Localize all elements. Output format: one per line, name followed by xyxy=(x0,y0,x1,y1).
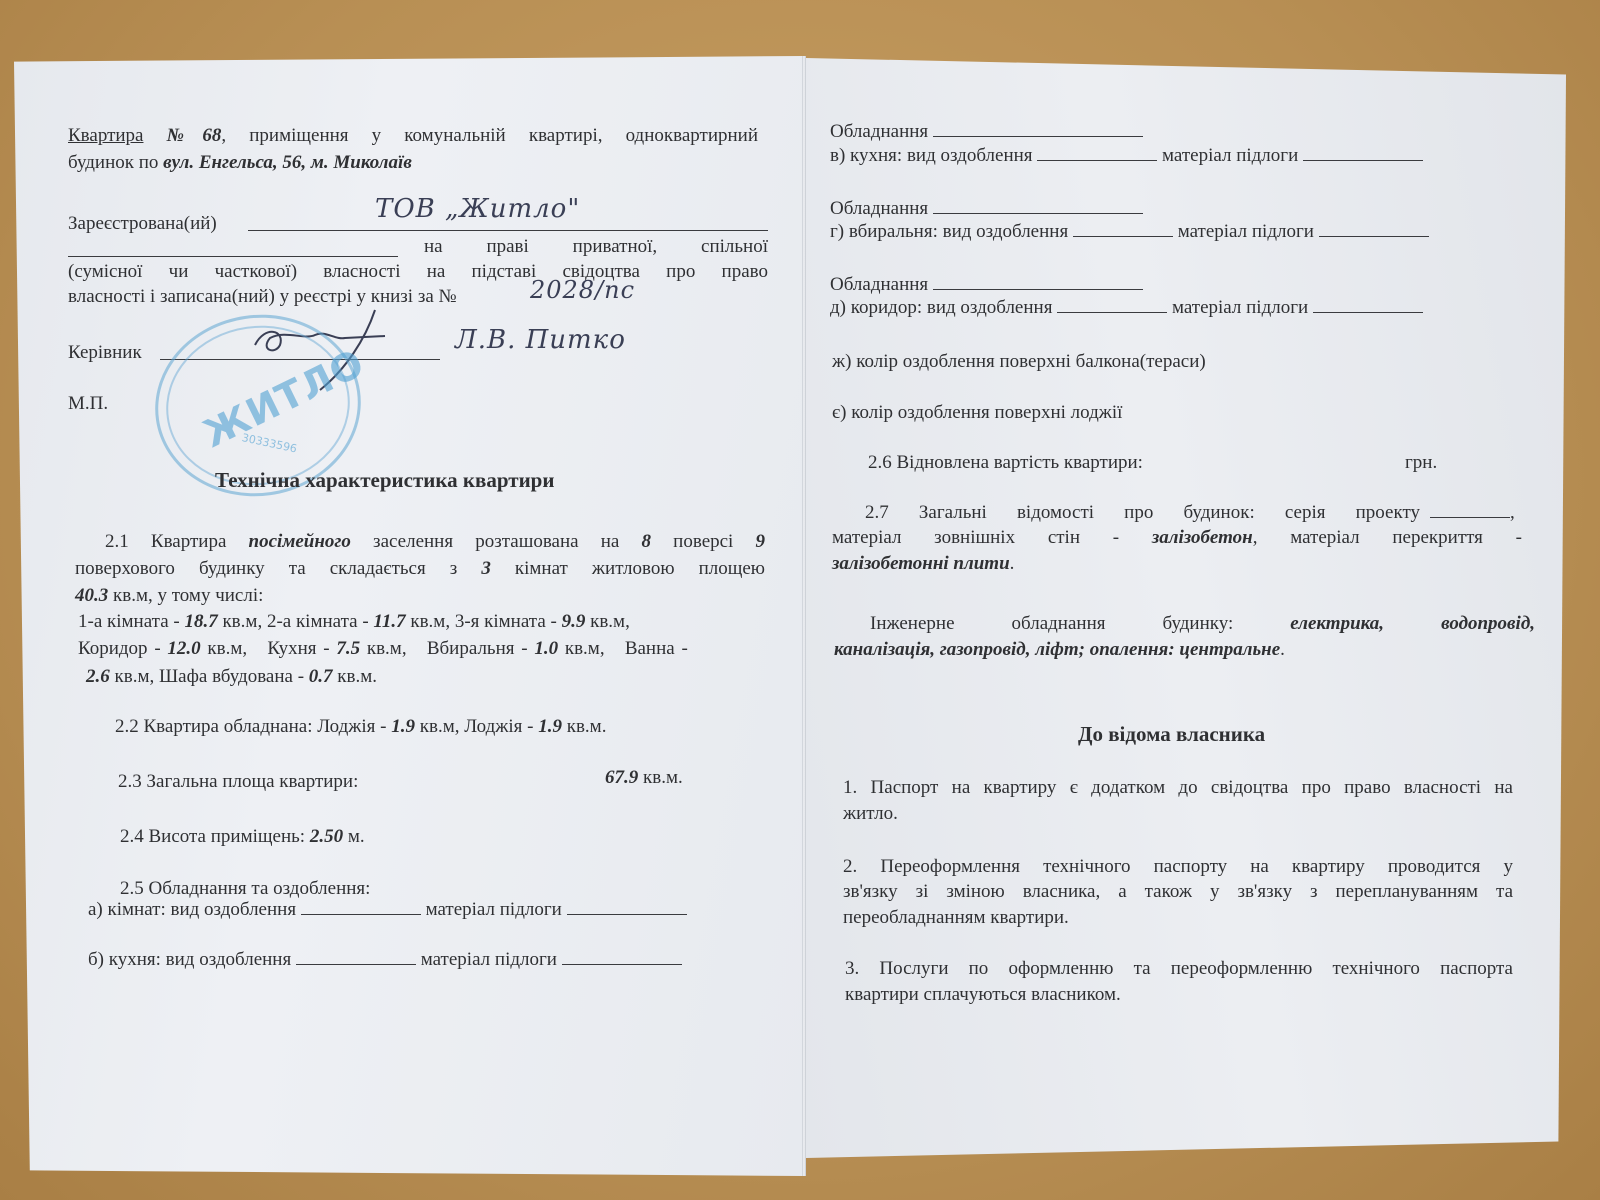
engineering-line-1: Інженерне обладнання будинку: електрика,… xyxy=(870,612,1535,636)
room-area: 2.6 xyxy=(86,666,110,687)
room-name: Ванна xyxy=(625,638,675,659)
notice-3-line-2: квартири сплачуються власником. xyxy=(845,983,1121,1007)
ceiling-material: залізобетонні плити xyxy=(832,553,1010,574)
seal-label: М.П. xyxy=(68,392,108,416)
s22-text: кв.м. xyxy=(562,716,606,737)
s21-text: кімнат житловою площею xyxy=(491,558,765,579)
wall-material: залізобетон xyxy=(1152,527,1253,548)
rooms-line-1: 1-а кімната - 18.7 кв.м, 2-а кімната - 1… xyxy=(78,610,630,634)
s21-text: 2.1 Квартира xyxy=(105,531,249,552)
s22-text: кв.м, Лоджія - xyxy=(415,716,538,737)
total-area-value: 67.9 xyxy=(605,767,638,788)
finish-b-label: б) кухня: вид оздоблення xyxy=(88,949,291,970)
finish-b-blank[interactable] xyxy=(296,948,416,965)
equipment-v: Обладнання xyxy=(830,120,1143,144)
s22-text: 2.2 Квартира обладнана: Лоджія - xyxy=(115,716,391,737)
floor-material-label: матеріал підлоги xyxy=(1172,297,1308,318)
ownership-line-3: (сумісної чи часткової) власності на під… xyxy=(68,260,768,284)
finish-v-label: в) кухня: вид оздоблення xyxy=(830,145,1033,166)
handwritten-registry-number: 2028/пс xyxy=(530,276,635,304)
room-area: 11.7 xyxy=(373,611,405,632)
unit: кв.м xyxy=(337,666,372,687)
rooms-line-2: Коридор - 12.0 кв.м, Кухня - 7.5 кв.м, В… xyxy=(78,637,688,661)
floor-d-blank[interactable] xyxy=(1313,296,1423,313)
loggia-2-area: 1.9 xyxy=(538,716,562,737)
section-2-1-line-2: поверхового будинку та складається з 3 к… xyxy=(75,557,765,581)
notice-1-line-2: житло. xyxy=(843,802,898,826)
floor-v-blank[interactable] xyxy=(1303,144,1423,161)
address: вул. Енгельса, 56, м. Миколаїв xyxy=(163,152,412,173)
apartment-type: , приміщення у комунальній квартирі, одн… xyxy=(221,125,758,146)
ceiling-label: , матеріал перекриття - xyxy=(1253,527,1522,548)
unit: кв.м xyxy=(115,666,150,687)
section-2-3-label: 2.3 Загальна площа квартири: xyxy=(118,770,358,794)
floor-material-label: матеріал підлоги xyxy=(421,949,557,970)
finish-g-label: г) вбиральня: вид оздоблення xyxy=(830,221,1068,242)
room-name: Коридор xyxy=(78,638,148,659)
section-2-2: 2.2 Квартира обладнана: Лоджія - 1.9 кв.… xyxy=(115,715,606,739)
occupancy-type: посімейного xyxy=(249,531,351,552)
finish-b: б) кухня: вид оздоблення матеріал підлог… xyxy=(88,948,682,972)
engineering-values: каналізація, газопровід, ліфт; опалення:… xyxy=(834,639,1280,660)
floor-number: 8 xyxy=(642,531,652,552)
room-count: 3 xyxy=(481,558,491,579)
s21-text: кв.м, у тому числі: xyxy=(108,585,263,606)
engineering-values: електрика, водопровід, xyxy=(1290,613,1535,634)
equipment-label: Обладнання xyxy=(830,274,928,295)
finish-d-label: д) коридор: вид оздоблення xyxy=(830,297,1052,318)
project-series-blank[interactable] xyxy=(1430,501,1510,518)
room-area: 7.5 xyxy=(336,638,360,659)
equipment-d: Обладнання xyxy=(830,273,1143,297)
section-2-1-line-1: 2.1 Квартира посімейного заселення розта… xyxy=(105,530,765,554)
handwritten-owner: ТОВ „Житло" xyxy=(375,194,580,224)
finish-a: а) кімнат: вид оздоблення матеріал підло… xyxy=(88,898,687,922)
loggia-1-area: 1.9 xyxy=(391,716,415,737)
finish-d: д) коридор: вид оздоблення матеріал підл… xyxy=(830,296,1423,320)
finish-a-blank[interactable] xyxy=(301,898,421,915)
section-2-7-line-3: залізобетонні плити. xyxy=(832,552,1014,576)
room-area: 18.7 xyxy=(184,611,217,632)
unit: кв.м xyxy=(207,638,242,659)
apartment-number: №68 xyxy=(167,125,222,146)
room-area: 0.7 xyxy=(309,666,333,687)
loggia-color: є) колір оздоблення поверхні лоджії xyxy=(832,401,1122,425)
finish-g: г) вбиральня: вид оздоблення матеріал пі… xyxy=(830,220,1429,244)
room-name: 2-а кімната xyxy=(267,611,358,632)
room-name: Вбиральня xyxy=(427,638,515,659)
living-area: 40.3 xyxy=(75,585,108,606)
finish-g-blank[interactable] xyxy=(1073,220,1173,237)
room-name: 3-я кімната xyxy=(455,611,546,632)
s21-text: поверхового будинку та складається з xyxy=(75,558,481,579)
equipment-label: Обладнання xyxy=(830,198,928,219)
room-name: Кухня xyxy=(267,638,316,659)
registered-label: Зареєстрована(ий) xyxy=(68,212,217,236)
floor-g-blank[interactable] xyxy=(1319,220,1429,237)
notice-1-line-1: 1. Паспорт на квартиру є додатком до сві… xyxy=(843,776,1513,800)
apartment-line-1: Квартира №68, приміщення у комунальній к… xyxy=(68,124,758,148)
s21-text: поверсі xyxy=(651,531,755,552)
room-name: 1-а кімната xyxy=(78,611,169,632)
equipment-label: Обладнання xyxy=(830,121,928,142)
room-area: 1.0 xyxy=(534,638,558,659)
ownership-line-2: на праві приватної, спільної xyxy=(424,235,768,259)
equipment-d-blank[interactable] xyxy=(933,273,1143,290)
floors-total: 9 xyxy=(756,531,766,552)
floor-material-label: матеріал підлоги xyxy=(426,899,562,920)
engineering-line-2: каналізація, газопровід, ліфт; опалення:… xyxy=(834,638,1285,662)
floor-b-blank[interactable] xyxy=(562,948,682,965)
unit: кв.м xyxy=(410,611,445,632)
address-prefix: будинок по xyxy=(68,152,163,173)
equipment-g: Обладнання xyxy=(830,197,1143,221)
floor-material-label: матеріал підлоги xyxy=(1162,145,1298,166)
unit: кв.м. xyxy=(643,767,683,788)
s21-text: заселення розташована на xyxy=(351,531,642,552)
notice-2-line-1: 2. Переоформлення технічного паспорту на… xyxy=(843,855,1513,879)
unit: кв.м xyxy=(590,611,625,632)
project-series: , xyxy=(1430,501,1515,525)
unit: кв.м xyxy=(565,638,600,659)
address-line: будинок по вул. Енгельса, 56, м. Миколаї… xyxy=(68,151,412,175)
section-2-4: 2.4 Висота приміщень: 2.50 м. xyxy=(120,825,365,849)
equipment-v-blank[interactable] xyxy=(933,120,1143,137)
handwritten-director-name: Л.В. Питко xyxy=(455,325,626,355)
section-2-1-line-3: 40.3 кв.м, у тому числі: xyxy=(75,584,263,608)
engineering-label: Інженерне обладнання будинку: xyxy=(870,613,1290,634)
notice-2-line-2: зв'язку зі зміною власника, а також у зв… xyxy=(843,880,1513,904)
section-title: Технічна характеристика квартири xyxy=(215,468,554,492)
total-area: 67.9 кв.м. xyxy=(605,766,683,790)
s24-label: 2.4 Висота приміщень: xyxy=(120,826,310,847)
section-2-7-line-2: матеріал зовнішніх стін - залізобетон, м… xyxy=(832,526,1522,550)
section-2-6-unit: грн. xyxy=(1405,451,1437,475)
floor-a-blank[interactable] xyxy=(567,898,687,915)
notice-3-line-1: 3. Послуги по оформленню та переоформлен… xyxy=(845,957,1513,981)
finish-a-label: а) кімнат: вид оздоблення xyxy=(88,899,296,920)
notice-2-line-3: переобладнанням квартири. xyxy=(843,906,1069,930)
equipment-g-blank[interactable] xyxy=(933,197,1143,214)
ceiling-height: 2.50 xyxy=(310,826,343,847)
owner-line-2 xyxy=(68,240,398,257)
unit: кв.м xyxy=(222,611,257,632)
balcony-color: ж) колір оздоблення поверхні балкона(тер… xyxy=(832,350,1206,374)
finish-d-blank[interactable] xyxy=(1057,296,1167,313)
apartment-label: Квартира xyxy=(68,125,143,146)
floor-material-label: матеріал підлоги xyxy=(1178,221,1314,242)
finish-v: в) кухня: вид оздоблення матеріал підлог… xyxy=(830,144,1423,168)
owner-notice-title: До відома власника xyxy=(1078,722,1265,746)
room-area: 12.0 xyxy=(167,638,200,659)
page-fold xyxy=(802,56,806,1176)
stamp-code: 30333596 xyxy=(241,431,298,455)
unit: м. xyxy=(343,826,365,847)
section-2-7-line-1: 2.7 Загальні відомості про будинок: сері… xyxy=(865,501,1420,525)
rooms-line-3: 2.6 кв.м, Шафа вбудована - 0.7 кв.м. xyxy=(86,665,377,689)
room-area: 9.9 xyxy=(562,611,586,632)
finish-v-blank[interactable] xyxy=(1037,144,1157,161)
director-label: Керівник xyxy=(68,341,142,365)
room-name: Шафа вбудована xyxy=(159,666,293,687)
wall-label: матеріал зовнішніх стін - xyxy=(832,527,1152,548)
section-2-6-label: 2.6 Відновлена вартість квартири: xyxy=(868,451,1143,475)
unit: кв.м xyxy=(367,638,402,659)
